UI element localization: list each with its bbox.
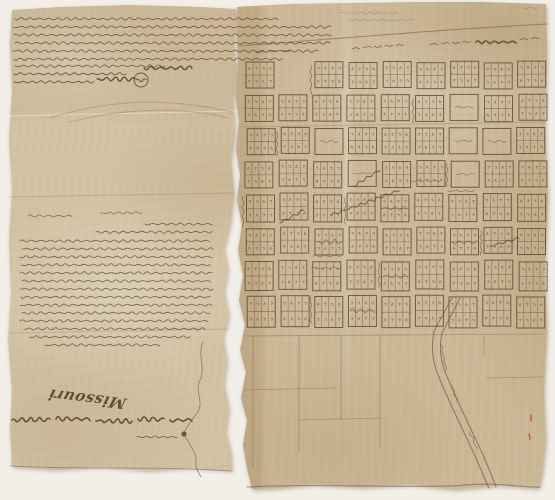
verso-handwriting [10, 212, 232, 477]
misc-marks [340, 7, 537, 439]
deposition-handwriting [13, 17, 331, 122]
scanned-document: Missouri [0, 0, 555, 500]
plat-map-drawing [239, 24, 547, 488]
ink-overlay [0, 0, 555, 500]
